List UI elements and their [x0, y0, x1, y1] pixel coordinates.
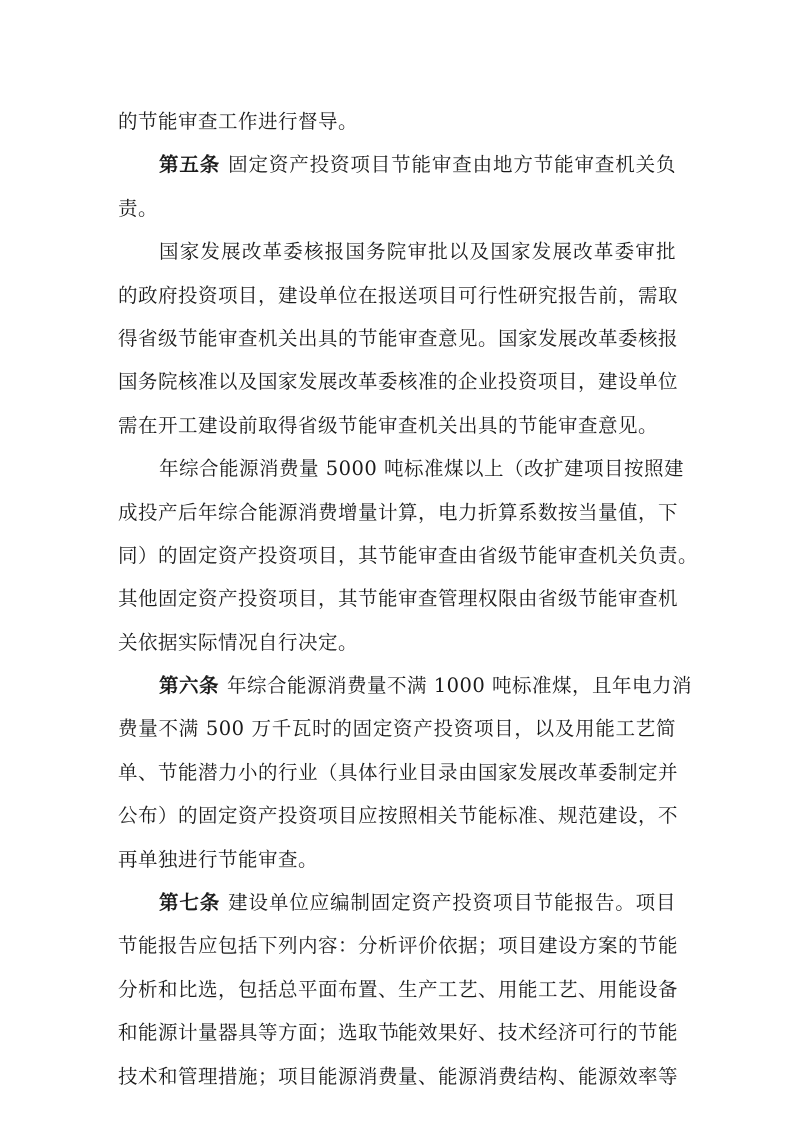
paragraph-line: 的政府投资项目，建设单位在报送项目可行性研究报告前，需取 — [118, 278, 676, 321]
page-number: 1 — [0, 1026, 793, 1041]
paragraph-text: 年综合能源消费量不满 1000 吨标准煤，且年电力消 — [227, 674, 692, 697]
paragraph-line: 第六条年综合能源消费量不满 1000 吨标准煤，且年电力消 — [118, 668, 676, 711]
article-number: 第六条 — [159, 674, 219, 697]
paragraph-line: 需在开工建设前取得省级节能审查机关出具的节能审查意见。 — [118, 408, 676, 451]
paragraph-line: 成投产后年综合能源消费增量计算，电力折算系数按当量值，下 — [118, 495, 676, 538]
paragraph-text: 固定资产投资项目节能审查由地方节能审查机关负 — [228, 153, 676, 176]
paragraph-line: 得省级节能审查机关出具的节能审查意见。国家发展改革委核报 — [118, 321, 676, 364]
paragraph-line: 第七条建设单位应编制固定资产投资项目节能报告。项目 — [118, 885, 676, 928]
paragraph-line: 费量不满 500 万千瓦时的固定资产投资项目，以及用能工艺简 — [118, 711, 676, 754]
paragraph-line: 国家发展改革委核报国务院审批以及国家发展改革委审批 — [118, 234, 676, 277]
paragraph-line: 关依据实际情况自行决定。 — [118, 625, 676, 668]
article-number: 第五条 — [159, 153, 220, 176]
paragraph-line: 的节能审查工作进行督导。 — [118, 104, 676, 147]
paragraph-line: 节能报告应包括下列内容：分析评价依据；项目建设方案的节能 — [118, 928, 676, 971]
paragraph-line: 国务院核准以及国家发展改革委核准的企业投资项目，建设单位 — [118, 364, 676, 407]
paragraph-line: 公布）的固定资产投资项目应按照相关节能标准、规范建设，不 — [118, 798, 676, 841]
paragraph-line: 年综合能源消费量 5000 吨标准煤以上（改扩建项目按照建 — [118, 451, 676, 494]
paragraph-line: 再单独进行节能审查。 — [118, 842, 676, 885]
paragraph-line: 责。 — [118, 191, 676, 234]
paragraph-line: 单、节能潜力小的行业（具体行业目录由国家发展改革委制定并 — [118, 755, 676, 798]
paragraph-line: 第五条固定资产投资项目节能审查由地方节能审查机关负 — [118, 147, 676, 190]
paragraph-line: 分析和比选，包括总平面布置、生产工艺、用能工艺、用能设备 — [118, 972, 676, 1015]
paragraph-line: 同）的固定资产投资项目，其节能审查由省级节能审查机关负责。 — [118, 538, 676, 581]
paragraph-text: 建设单位应编制固定资产投资项目节能报告。项目 — [228, 891, 676, 914]
document-body: 的节能审查工作进行督导。 第五条固定资产投资项目节能审查由地方节能审查机关负 责… — [118, 104, 676, 1102]
document-page: 的节能审查工作进行督导。 第五条固定资产投资项目节能审查由地方节能审查机关负 责… — [0, 0, 793, 1122]
paragraph-line: 技术和管理措施；项目能源消费量、能源消费结构、能源效率等 — [118, 1059, 676, 1102]
article-number: 第七条 — [159, 891, 220, 914]
paragraph-line: 其他固定资产投资项目，其节能审查管理权限由省级节能审查机 — [118, 581, 676, 624]
